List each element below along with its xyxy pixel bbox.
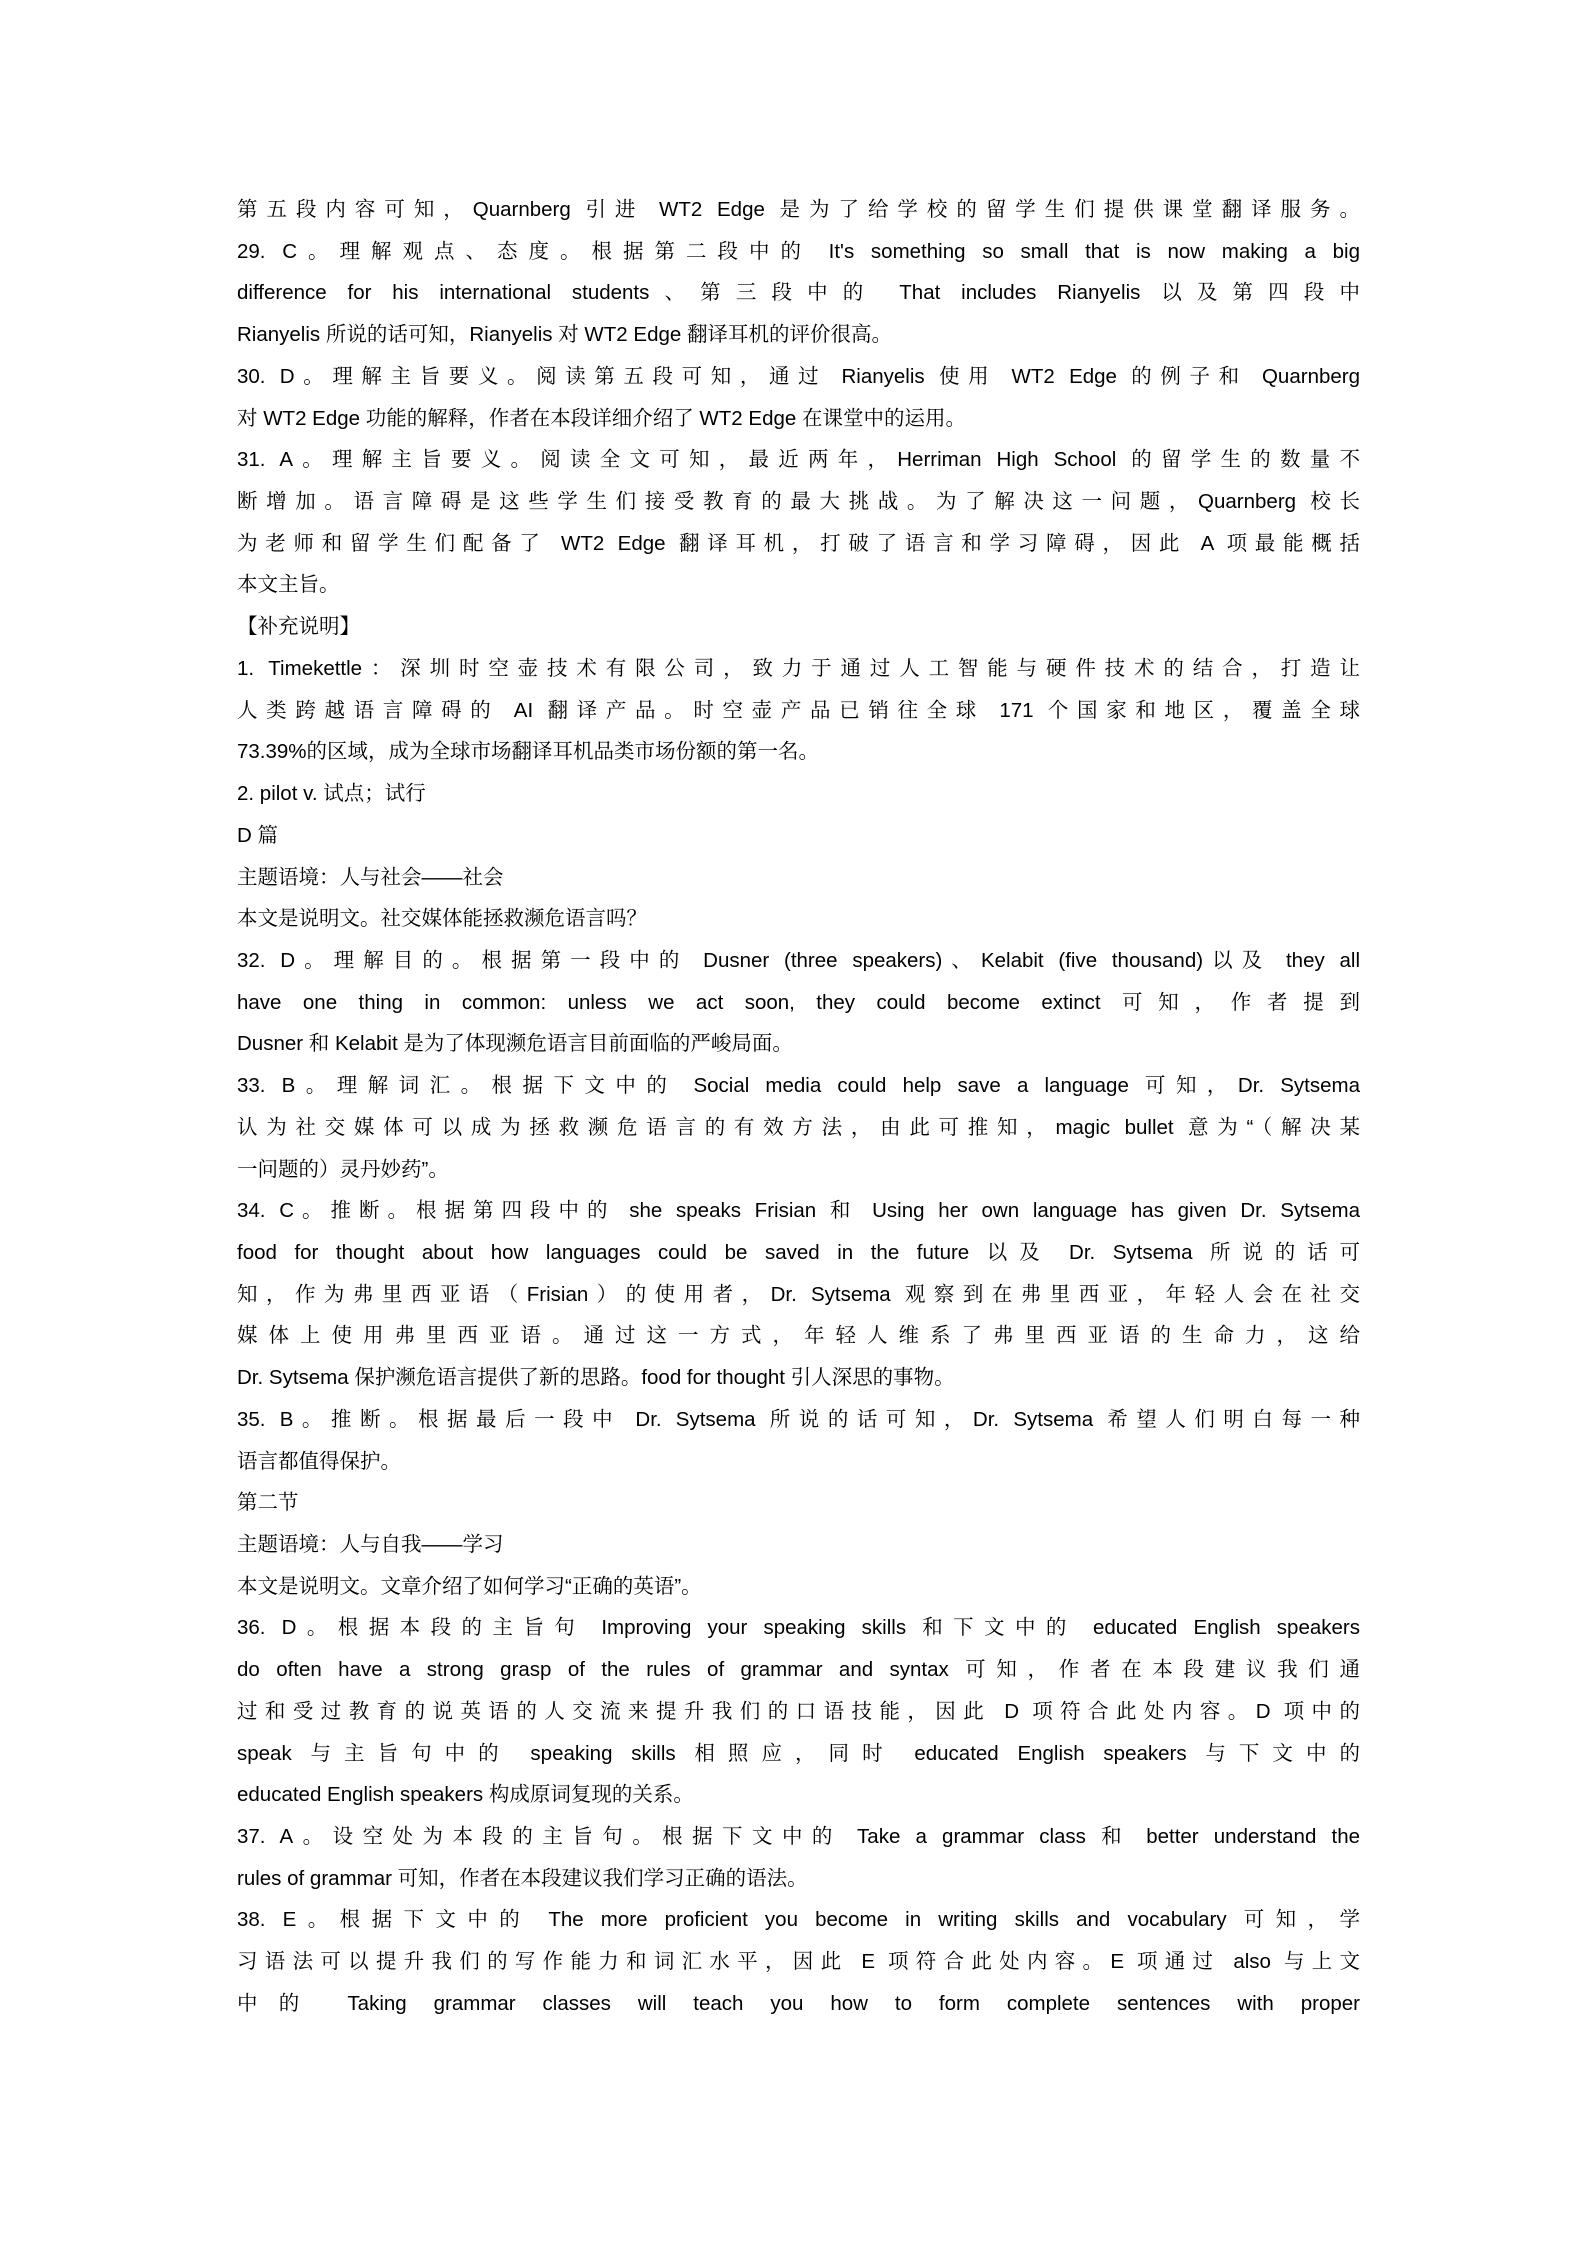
- text-line: food for thought about how languages cou…: [237, 1232, 1360, 1274]
- text-line: 一问题的）灵丹妙药”。: [237, 1149, 1360, 1191]
- text-line: 35. B。推断。根据最后一段中 Dr. Sytsema 所说的话可知，Dr. …: [237, 1399, 1360, 1441]
- text-line: 认为社交媒体可以成为拯救濒危语言的有效方法，由此可推知，magic bullet…: [237, 1107, 1360, 1149]
- document-page: 第五段内容可知，Quarnberg 引进 WT2 Edge 是为了给学校的留学生…: [0, 0, 1587, 2245]
- text-line: 中的 Taking grammar classes will teach you…: [237, 1983, 1360, 2025]
- text-line: speak 与主旨句中的 speaking skills 相照应，同时 educ…: [237, 1733, 1360, 1775]
- text-line: 32. D。理解目的。根据第一段中的 Dusner (three speaker…: [237, 940, 1360, 982]
- text-line: 37. A。设空处为本段的主旨句。根据下文中的 Take a grammar c…: [237, 1816, 1360, 1858]
- text-line: 过和受过教育的说英语的人交流来提升我们的口语技能，因此 D 项符合此处内容。D …: [237, 1691, 1360, 1733]
- text-line: have one thing in common: unless we act …: [237, 982, 1360, 1024]
- text-line: educated English speakers 构成原词复现的关系。: [237, 1774, 1360, 1816]
- text-line: 31. A。理解主旨要义。阅读全文可知，最近两年，Herriman High S…: [237, 439, 1360, 481]
- text-line: 34. C。推断。根据第四段中的 she speaks Frisian 和 Us…: [237, 1190, 1360, 1232]
- text-line: 断增加。语言障碍是这些学生们接受教育的最大挑战。为了解决这一问题，Quarnbe…: [237, 481, 1360, 523]
- text-line: difference for his international student…: [237, 272, 1360, 314]
- text-line: Rianyelis 所说的话可知，Rianyelis 对 WT2 Edge 翻译…: [237, 314, 1360, 356]
- text-line: 本文主旨。: [237, 564, 1360, 606]
- text-line: 为老师和留学生们配备了 WT2 Edge 翻译耳机，打破了语言和学习障碍，因此 …: [237, 523, 1360, 565]
- text-line: 主题语境：人与社会——社会: [237, 857, 1360, 899]
- text-line: Dusner 和 Kelabit 是为了体现濒危语言目前面临的严峻局面。: [237, 1023, 1360, 1065]
- text-line: 36. D。根据本段的主旨句 Improving your speaking s…: [237, 1607, 1360, 1649]
- text-line: 对 WT2 Edge 功能的解释，作者在本段详细介绍了 WT2 Edge 在课堂…: [237, 398, 1360, 440]
- text-line: 本文是说明文。社交媒体能拯救濒危语言吗？: [237, 898, 1360, 940]
- text-line: 习语法可以提升我们的写作能力和词汇水平，因此 E 项符合此处内容。E 项通过 a…: [237, 1941, 1360, 1983]
- text-line: 第五段内容可知，Quarnberg 引进 WT2 Edge 是为了给学校的留学生…: [237, 189, 1360, 231]
- text-line: 本文是说明文。文章介绍了如何学习“正确的英语”。: [237, 1566, 1360, 1608]
- text-line: 第二节: [237, 1482, 1360, 1524]
- text-line: 【补充说明】: [237, 606, 1360, 648]
- text-line: 人类跨越语言障碍的 AI 翻译产品。时空壶产品已销往全球 171 个国家和地区，…: [237, 690, 1360, 732]
- text-line: 73.39%的区域，成为全球市场翻译耳机品类市场份额的第一名。: [237, 731, 1360, 773]
- text-line: rules of grammar 可知，作者在本段建议我们学习正确的语法。: [237, 1858, 1360, 1900]
- text-line: D 篇: [237, 815, 1360, 857]
- text-line: 30. D。理解主旨要义。阅读第五段可知，通过 Rianyelis 使用 WT2…: [237, 356, 1360, 398]
- document-text-block: 第五段内容可知，Quarnberg 引进 WT2 Edge 是为了给学校的留学生…: [237, 189, 1360, 2025]
- text-line: 语言都值得保护。: [237, 1441, 1360, 1483]
- text-line: 主题语境：人与自我——学习: [237, 1524, 1360, 1566]
- text-line: 38. E。根据下文中的 The more proficient you bec…: [237, 1899, 1360, 1941]
- text-line: 知，作为弗里西亚语（Frisian）的使用者，Dr. Sytsema 观察到在弗…: [237, 1274, 1360, 1316]
- text-line: do often have a strong grasp of the rule…: [237, 1649, 1360, 1691]
- text-line: 媒体上使用弗里西亚语。通过这一方式，年轻人维系了弗里西亚语的生命力，这给: [237, 1315, 1360, 1357]
- text-line: 2. pilot v. 试点；试行: [237, 773, 1360, 815]
- text-line: Dr. Sytsema 保护濒危语言提供了新的思路。food for thoug…: [237, 1357, 1360, 1399]
- text-line: 33. B。理解词汇。根据下文中的 Social media could hel…: [237, 1065, 1360, 1107]
- text-line: 1. Timekettle：深圳时空壶技术有限公司，致力于通过人工智能与硬件技术…: [237, 648, 1360, 690]
- text-line: 29. C。理解观点、态度。根据第二段中的 It's something so …: [237, 231, 1360, 273]
